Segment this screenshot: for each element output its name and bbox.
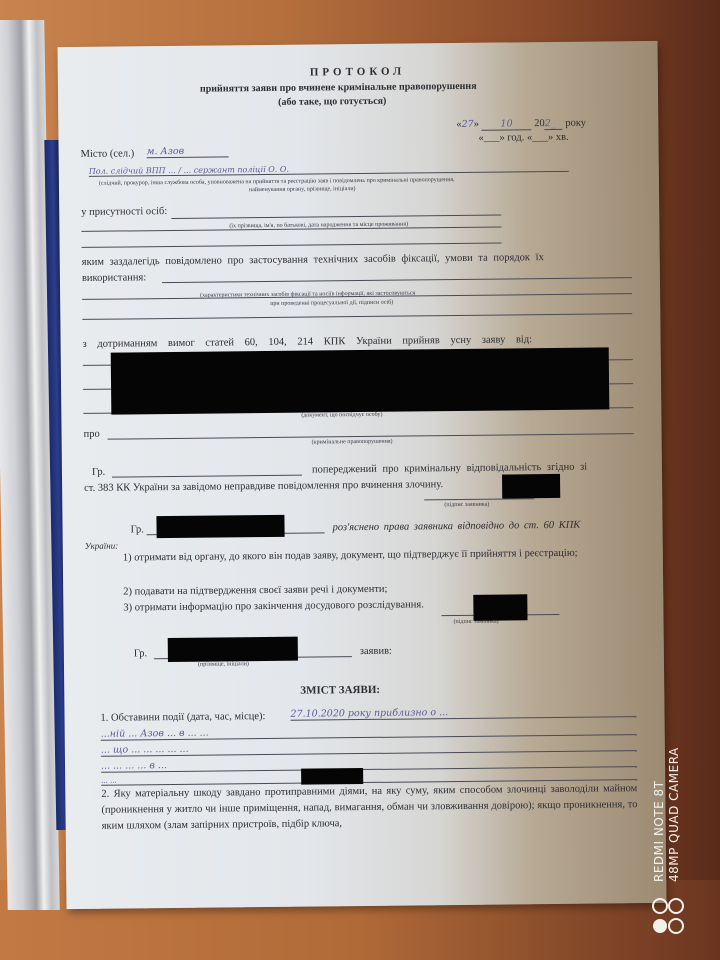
notified-text: яким заздалегідь повідомлено про застосу… (82, 252, 544, 268)
q2-text: 2. Яку матеріальну шкоду завдано протипр… (101, 781, 637, 835)
usage-label: використання: (82, 272, 146, 284)
official-caption-2: найменування органу, прізвище, ініціали) (249, 186, 356, 193)
document-title: ПРОТОКОЛ (310, 66, 406, 79)
q1-handwriting-line-3: ... що ... ... ... ... ... (101, 739, 637, 757)
redaction-signature-1 (502, 474, 560, 499)
declared-caption: (прізвище, ініціали) (198, 661, 249, 668)
q1-handwriting-line-1: 27.10.2020 року приблизно о ... (290, 705, 636, 721)
right-2: 2) подавати на підтвердження своєї заяви… (123, 584, 387, 598)
watermark-line-1: REDMI NOTE 8T (652, 747, 667, 882)
date-day: 27 (462, 119, 474, 130)
tech-caption: (характеристики технічних засобів фіксац… (200, 290, 415, 298)
watermark-line-2: 48MP QUAD CAMERA (667, 747, 682, 882)
redaction-name-1 (156, 515, 284, 538)
rights-text-2: України: (85, 541, 119, 551)
official-value: Пол. слідчий ВПП ... / ... сержант поліц… (89, 162, 569, 177)
camera-lens-logo-icon (650, 892, 686, 940)
city-value: м. Азов (147, 145, 229, 158)
protocol-document: ПРОТОКОЛ прийняття заяви про вчинене кри… (58, 41, 667, 909)
q1-handwriting-line-4: ... ... ... ... в ... (101, 755, 637, 773)
date-year: 2_ (545, 118, 563, 130)
document-subtitle-2: (або таке, що готується) (278, 96, 386, 108)
city-label: Місто (сел.) (81, 148, 135, 160)
warned-text-2: ст. 383 КК України за завідомо неправдив… (84, 479, 443, 494)
right-1: 1) отримати від органу, до якого він под… (85, 545, 635, 567)
paper-stack (0, 20, 60, 910)
camera-watermark: REDMI NOTE 8T 48MP QUAD CAMERA (646, 720, 686, 950)
section-title: ЗМІСТ ЗАЯВИ: (300, 684, 380, 697)
presence-label: у присутності осіб: (81, 206, 167, 218)
redaction-handwriting (301, 768, 363, 785)
official-caption: (слідчий, прокурор, інша службова особа,… (99, 177, 455, 187)
tech-caption-2: при проведенні процесуальної дії, підпис… (270, 300, 393, 307)
crime-caption: (кримінальне правопорушення) (312, 439, 393, 446)
compliance-text: з дотриманням вимог статей 60, 104, 214 … (83, 334, 533, 350)
redaction-name-2 (168, 637, 298, 662)
date-line: «27» 10 202_ року (456, 118, 586, 131)
rights-text: роз'яснено права заявника відповідно до … (332, 520, 580, 534)
about-label: про (84, 429, 100, 440)
warned-gr: Гр. (92, 467, 105, 478)
time-line: «___» год. «___» хв. (478, 132, 568, 144)
sign-caption: (підпис заявника) (444, 502, 489, 508)
applicant-caption: (документ, що посвідчує особу) (301, 412, 382, 419)
date-month: 10 (481, 118, 531, 131)
rights-gr: Гр. (131, 524, 144, 535)
redaction-signature-2 (473, 594, 527, 621)
declared-text: заявив: (360, 646, 392, 657)
right-3: 3) отримати інформацію про закінчення до… (123, 599, 424, 613)
declared-gr: Гр. (134, 648, 147, 659)
document-subtitle: прийняття заяви про вчинене кримінальне … (200, 81, 477, 95)
q1-handwriting-line-2: ...ній ... Азов ... в ... ... (101, 723, 637, 741)
redaction-applicant (111, 347, 610, 414)
q1-label: 1. Обставини події (дата, час, місце): (100, 711, 265, 724)
